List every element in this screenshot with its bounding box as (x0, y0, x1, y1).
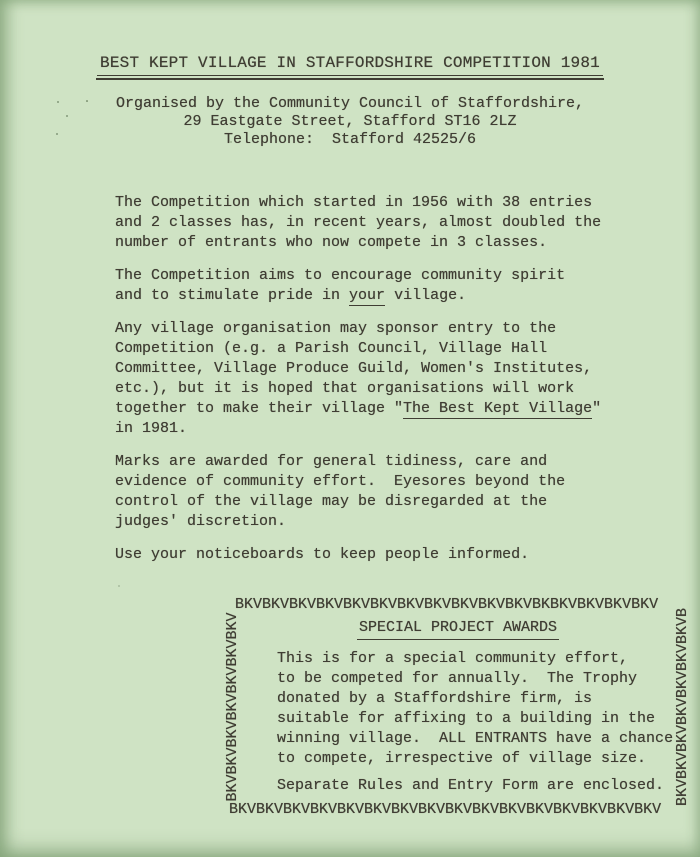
sponsorship-line-5-pre: together to make their village " (115, 400, 403, 417)
scan-speckle (56, 133, 58, 135)
scan-speckle (118, 585, 120, 587)
organiser-address: Organised by the Community Council of St… (0, 95, 700, 149)
box-content: SPECIAL PROJECT AWARDS This is for a spe… (241, 613, 675, 801)
paragraph-sponsorship: Any village organisation may sponsor ent… (115, 319, 700, 439)
document-title: BEST KEPT VILLAGE IN STAFFORDSHIRE COMPE… (97, 53, 603, 76)
special-project-awards-box: BKVBKVBKVBKVBKVBKVBKVBKVBKVBKVBKVBKBKVBK… (225, 596, 700, 818)
sponsorship-line-5-post: " (592, 400, 601, 417)
bkv-border-right: BKVBKVBKVBKVBKVBKVBKVB (675, 613, 691, 801)
paragraph-noticeboards: Use your noticeboards to keep people inf… (115, 545, 700, 565)
bkv-border-right-text: BKVBKVBKVBKVBKVBKVBKVB (675, 608, 691, 806)
scan-speckle (230, 141, 232, 143)
box-title: SPECIAL PROJECT AWARDS (357, 618, 559, 640)
document-header: BEST KEPT VILLAGE IN STAFFORDSHIRE COMPE… (0, 53, 700, 149)
sponsorship-lines: Any village organisation may sponsor ent… (115, 320, 592, 397)
bkv-border-left: BKVBKVBKVBKVBKVBKVBKV (225, 613, 241, 801)
scan-speckle (57, 101, 59, 103)
aims-line-1: The Competition aims to encourage commun… (115, 267, 565, 284)
bkv-border-left-text: BKVBKVBKVBKVBKVBKVBKV (225, 612, 241, 801)
underlined-word-your: your (349, 287, 385, 306)
scan-speckle (66, 115, 68, 117)
paragraph-aims: The Competition aims to encourage commun… (115, 266, 700, 306)
bkv-border-bottom: BKVBKVBKVBKVBKVBKVBKVBKVBKVBKVBKVBKVBKVB… (225, 801, 691, 818)
scan-speckle (86, 100, 88, 102)
bkv-border-top: BKVBKVBKVBKVBKVBKVBKVBKVBKVBKVBKVBKBKVBK… (225, 596, 691, 613)
box-title-row: SPECIAL PROJECT AWARDS (241, 618, 675, 640)
scanned-document-page: BEST KEPT VILLAGE IN STAFFORDSHIRE COMPE… (0, 0, 700, 857)
sponsorship-line-6: in 1981. (115, 420, 187, 437)
aims-line-2-post: village. (385, 287, 466, 304)
aims-line-2-pre: and to stimulate pride in (115, 287, 349, 304)
paragraph-marks: Marks are awarded for general tidiness, … (115, 452, 700, 532)
underlined-phrase-best-kept-village: The Best Kept Village (403, 400, 592, 419)
paragraph-history: The Competition which started in 1956 wi… (115, 193, 700, 253)
document-body: The Competition which started in 1956 wi… (115, 193, 700, 818)
box-body-text: This is for a special community effort, … (277, 649, 675, 769)
box-footer-text: Separate Rules and Entry Form are enclos… (277, 776, 675, 796)
